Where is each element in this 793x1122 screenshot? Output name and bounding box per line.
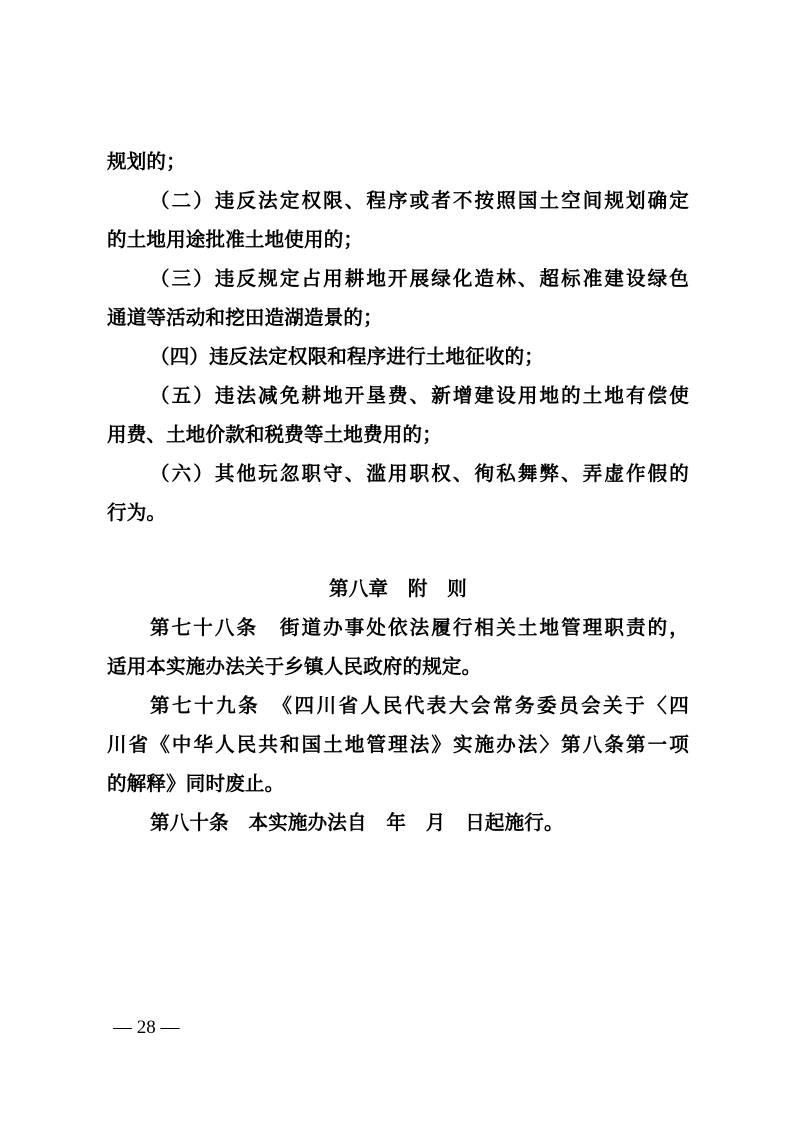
chapter-heading: 第八章 附 则 — [107, 576, 689, 602]
page-number: — 28 — — [113, 1017, 180, 1039]
article-line: 第七十八条 街道办事处依法履行相关土地管理职责的， — [150, 615, 689, 641]
text-line: 行为。 — [107, 500, 689, 526]
article-line: 第八十条 本实施办法自 年 月 日起施行。 — [150, 810, 689, 836]
article-line: 适用本实施办法关于乡镇人民政府的规定。 — [107, 654, 689, 680]
text-line: 的土地用途批准土地使用的； — [107, 227, 689, 253]
text-line: （二）违反法定权限、程序或者不按照国土空间规划确定 — [150, 188, 689, 214]
text-line: 通道等活动和挖田造湖造景的； — [107, 305, 689, 331]
text-line: 规划的； — [107, 149, 689, 175]
article-line: 第七十九条 《四川省人民代表大会常务委员会关于〈四 — [150, 693, 689, 719]
article-line: 川省《中华人民共和国土地管理法》实施办法〉第八条第一项 — [107, 732, 689, 758]
text-line: （五）违法减免耕地开垦费、新增建设用地的土地有偿使 — [150, 383, 689, 409]
text-line: （四）违反法定权限和程序进行土地征收的； — [150, 344, 689, 370]
text-line: （三）违反规定占用耕地开展绿化造林、超标准建设绿色 — [150, 266, 689, 292]
text-line: （六）其他玩忽职守、滥用职权、徇私舞弊、弄虚作假的 — [150, 461, 689, 487]
text-line: 用费、土地价款和税费等土地费用的； — [107, 422, 689, 448]
article-line: 的解释》同时废止。 — [107, 771, 689, 797]
